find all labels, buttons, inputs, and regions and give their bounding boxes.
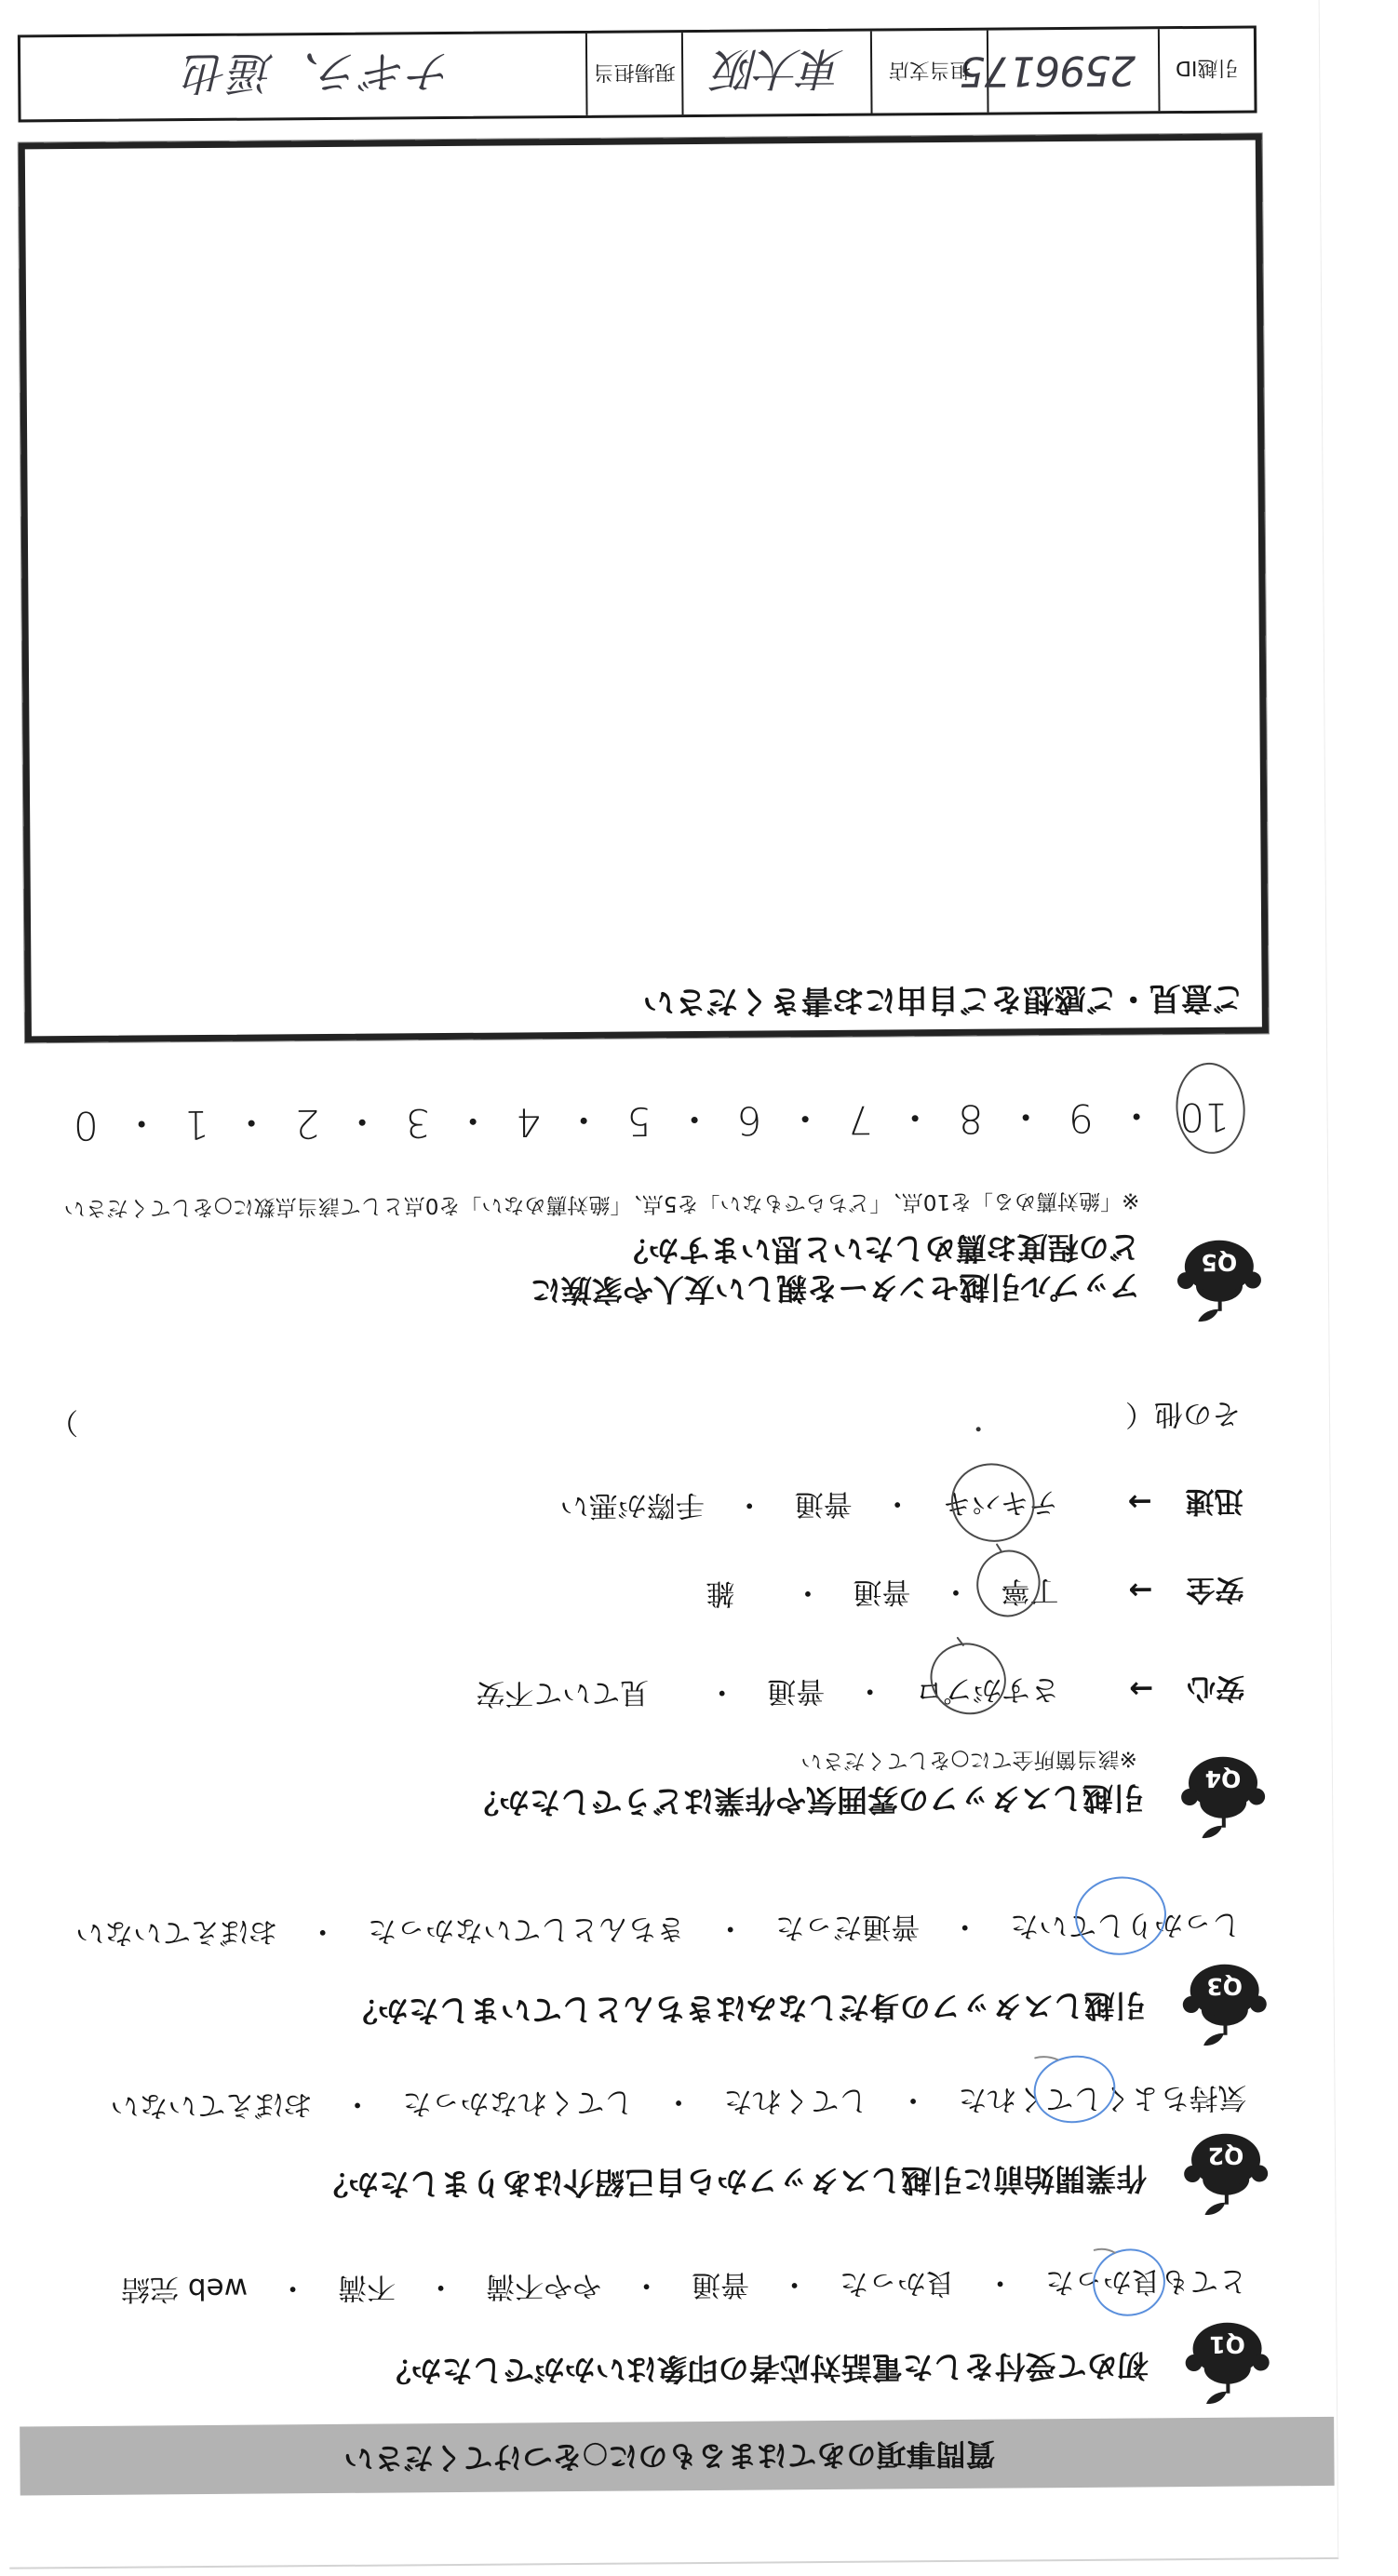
separator: ・: [632, 2266, 661, 2303]
q4-row-options: テキパキ ・ 普通 ・ 手際が悪い: [560, 1483, 1058, 1524]
q1-option-2: 良かった: [840, 2264, 955, 2302]
q4-question: 引越しスタッフの雰囲気や作業はどうでしたか？: [468, 1778, 1144, 1820]
q4-badge-label: Q4: [1205, 1765, 1242, 1792]
branch-cell: 東大阪: [681, 32, 871, 115]
q2-badge-label: Q2: [1208, 2142, 1244, 2169]
q2-option-1: 気持ちよくしてくれた: [958, 2079, 1246, 2118]
q1-option-4: やや不満: [486, 2267, 601, 2305]
q4-option: 手際が悪い: [560, 1486, 705, 1524]
scale-dot: [691, 1118, 697, 1124]
q3-option-2: 普通だった: [775, 1908, 920, 1946]
q4-option: 見ていて不安: [476, 1673, 649, 1711]
branch-value: 東大阪: [716, 40, 845, 105]
scale-dot: [912, 1116, 919, 1122]
info-table: 引越ID 2596175 担当支店 東大阪 現場担当 ナギラ、遥也: [18, 25, 1257, 122]
branch-label: 担当支店: [870, 31, 988, 114]
scale-value: 3: [405, 1099, 430, 1146]
q5-badge-label: Q5: [1201, 1249, 1237, 1276]
scale-dot: [1134, 1114, 1140, 1120]
scale-dot: [470, 1119, 477, 1125]
q3-apple-badge-icon: Q3: [1182, 1962, 1267, 2046]
separator: ・: [735, 1485, 764, 1523]
q3-question: 引越しスタッフの身だしなみはきちんとしていましたか？: [347, 1986, 1146, 2029]
q1-badge-label: Q1: [1209, 2331, 1245, 2358]
scale-value: 7: [848, 1096, 873, 1143]
separator: ・: [793, 1574, 822, 1611]
scale-value: 10: [1179, 1093, 1230, 1140]
q4-option: 雑: [706, 1575, 734, 1612]
q3-option-3: きちんとしていなかった: [368, 1910, 685, 1950]
other-label: その他: [1154, 1395, 1241, 1433]
scale-value: 1: [184, 1101, 209, 1147]
scale-dot: [801, 1117, 808, 1123]
q1-question: 初めて受付をした電話対応者の印象はいかがでしたか？: [381, 2346, 1149, 2389]
separator: ・: [278, 2269, 307, 2306]
scale-dot: [1023, 1115, 1029, 1121]
q2-option-3: してくれなかった: [402, 2084, 633, 2123]
arrow-right-icon: →: [1128, 1571, 1152, 1608]
separator: ・: [308, 1912, 337, 1950]
q4-row-options: 丁寧 ・ 普通 ・ 雑: [706, 1572, 1058, 1612]
separator: ・: [986, 2263, 1015, 2301]
scale-value: 6: [737, 1096, 762, 1143]
scale-dot: [138, 1121, 144, 1128]
scale-dot: [359, 1120, 366, 1126]
separator: ・: [855, 1672, 884, 1710]
separator: ・: [707, 1673, 736, 1711]
q2-apple-badge-icon: Q2: [1184, 2131, 1269, 2216]
q1-option-5: 不満: [338, 2268, 396, 2305]
q4-option: 丁寧: [1001, 1572, 1058, 1609]
q1-option-1: とても良かった: [1045, 2262, 1247, 2301]
comment-box-label: ご意見・ご感想をご自由にお書きください: [643, 979, 1244, 1021]
scale-dot: [580, 1118, 586, 1124]
move-id-cell: 2596175: [987, 29, 1159, 112]
separator: ・: [950, 1908, 979, 1945]
separator: ・: [780, 2265, 809, 2302]
instruction-bar: 質問事項のあてはまるものに○をつけてください: [20, 2417, 1335, 2496]
staff-value: ナギラ、遥也: [183, 43, 454, 109]
q4-option: 普通: [853, 1573, 910, 1610]
q1-option-3: 普通: [692, 2266, 749, 2303]
q2-option-2: してくれた: [723, 2082, 867, 2120]
q4-apple-badge-icon: Q4: [1181, 1754, 1266, 1839]
comment-box: ご意見・ご感想をご自由にお書きください: [19, 133, 1269, 1042]
scale-value: 0: [74, 1102, 99, 1148]
q4-row-options: さすがプロ ・ 普通 ・ 見ていて不安: [476, 1670, 1059, 1712]
q4-option: 普通: [767, 1672, 825, 1710]
other-open-paren: （: [1125, 1395, 1154, 1432]
staff-cell: ナギラ、遥也: [20, 34, 586, 120]
q4-row-label: 安心: [1187, 1670, 1244, 1707]
q1-option-6: web 完結: [121, 2270, 248, 2308]
scale-value: 2: [294, 1100, 319, 1147]
instruction-text: 質問事項のあてはまるものに○をつけてください: [343, 2420, 995, 2493]
q2-option-4: おぼえていない: [110, 2086, 312, 2125]
q3-option-1: しっかりしていた: [1010, 1906, 1241, 1945]
staff-label: 現場担当: [585, 33, 682, 115]
q5-rating-scale: 10 9 8 7 6 5 4 3 2 1 0: [73, 1093, 1229, 1148]
separator: ・: [343, 2086, 371, 2123]
separator: ・: [941, 1573, 970, 1610]
q4-option: テキパキ: [943, 1483, 1058, 1522]
q5-apple-badge-icon: Q5: [1177, 1238, 1262, 1322]
arrow-right-icon: →: [1129, 1670, 1153, 1707]
q5-question-line-1: アップル引越センターを親しい友人や家族に: [531, 1267, 1140, 1308]
q1-apple-badge-icon: Q1: [1185, 2320, 1270, 2405]
q3-badge-label: Q3: [1206, 1973, 1243, 2000]
separator: ・: [898, 2081, 927, 2118]
separator: ・: [426, 2268, 455, 2305]
separator: ・: [883, 1484, 912, 1522]
q5-question-line-2: どの程度お薦めしたいと思いますか？: [618, 1228, 1140, 1268]
scale-value: 9: [1069, 1094, 1094, 1141]
q3-option-4: おぼえていない: [75, 1912, 277, 1952]
move-id-label: 引越ID: [1158, 28, 1255, 111]
arrow-right-icon: →: [1128, 1483, 1152, 1520]
q4-row-label: 安全: [1186, 1571, 1243, 1608]
scale-value: 4: [516, 1098, 541, 1145]
scale-value: 8: [958, 1095, 983, 1142]
scanned-survey-sheet: 質問事項のあてはまるものに○をつけてください Q1 初めて受付をした電話対応者の…: [0, 0, 1398, 2576]
other-close-paren: ）: [49, 1403, 78, 1441]
separator: ・: [716, 1910, 745, 1947]
scale-value: 5: [626, 1097, 652, 1144]
q4-row-label: 迅速: [1186, 1483, 1243, 1520]
q4-option: さすがプロ: [915, 1670, 1059, 1709]
q2-question: 作業開始前に引越しスタッフから自己紹介はありましたか？: [317, 2159, 1147, 2203]
separator: ・: [664, 2083, 692, 2120]
scale-dot: [249, 1120, 255, 1127]
q4-option: 普通: [795, 1485, 853, 1523]
q4-note: ※該当箇所全てに○をしてください: [800, 1744, 1137, 1775]
